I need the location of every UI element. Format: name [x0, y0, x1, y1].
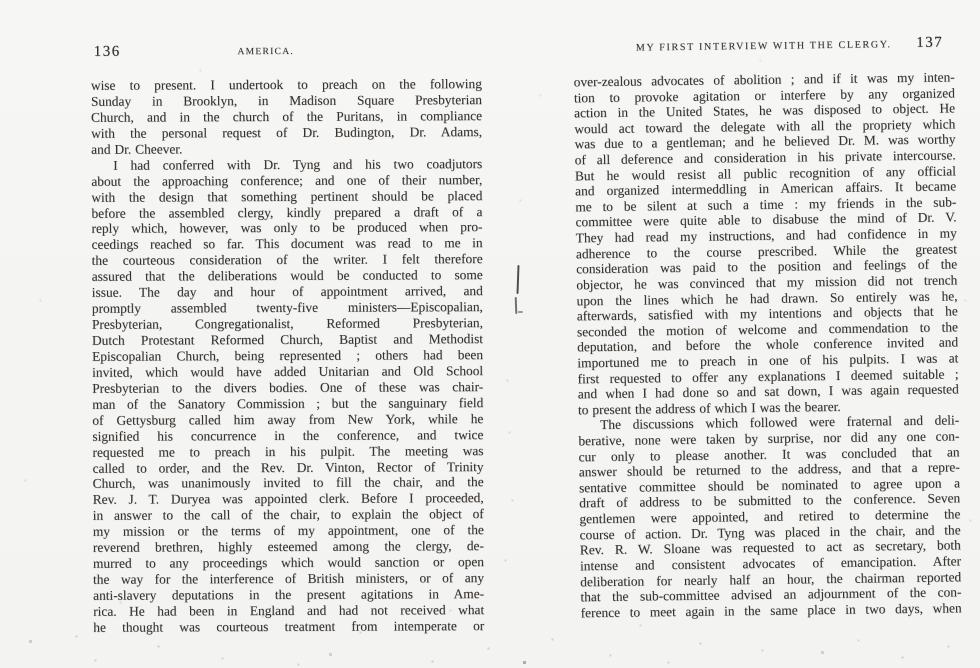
text-line: Presbyterian to the divers bodies. One o…	[92, 379, 483, 397]
text-line: reply which, however, was only to be pro…	[91, 220, 482, 238]
text-line: reverend brethren, highly esteemed among…	[93, 538, 484, 556]
text-line: Episcopalian Church, being represented ;…	[92, 347, 483, 365]
text-line: he thought was courteous treatment from …	[93, 618, 484, 636]
left-running-head: AMERICA.	[92, 46, 440, 58]
text-line: invited, which would have added Unitaria…	[92, 363, 483, 381]
text-line: Church, was unanimously invited to fill …	[93, 475, 484, 493]
text-line: promptly assembled twenty-five ministers…	[92, 299, 483, 317]
gutter-ink-mark	[515, 297, 517, 314]
scan-speckles	[0, 0, 1, 1]
text-line: and Dr. Cheever.	[91, 140, 482, 158]
text-line: Church, and in the church of the Puritan…	[91, 108, 482, 126]
text-line: in answer to the call of the chair, to e…	[93, 506, 484, 524]
text-line: of Gettysburg called him away from New Y…	[92, 411, 483, 429]
text-line: assured that the deliberations would be …	[92, 267, 483, 285]
text-line: rica. He had been in England and had not…	[93, 602, 484, 620]
text-line: Dutch Protestant Reformed Church, Baptis…	[92, 331, 483, 349]
right-page-text: over-zealous advocates of abolition ; an…	[574, 69, 962, 620]
right-page: MY FIRST INTERVIEW WITH THE CLERGY. 137 …	[536, 27, 976, 639]
text-line: the way for the interference of British …	[93, 570, 484, 588]
right-page-number: 137	[916, 35, 943, 52]
text-line: wise to present. I undertook to preach o…	[91, 76, 482, 94]
text-line: called to order, and the Rev. Dr. Vinton…	[93, 459, 484, 477]
text-line: with the design that something pertinent…	[91, 188, 482, 206]
scanned-book-spread: 136 AMERICA. wise to present. I undertoo…	[0, 0, 980, 668]
text-line: Sunday in Brooklyn, in Madison Square Pr…	[91, 92, 482, 110]
text-line: I had conferred with Dr. Tyng and his tw…	[91, 156, 482, 174]
text-line: anti-slavery deputations in the present …	[93, 586, 484, 604]
text-line: ceedings reached so far. This document w…	[92, 235, 483, 253]
text-line: requested me to preach in his pulpit. Th…	[92, 443, 483, 461]
text-line: murred to any proceedings which would sa…	[93, 554, 484, 572]
text-line: Rev. J. T. Duryea was appointed clerk. B…	[93, 490, 484, 508]
text-line: Presbyterian, Congregationalist, Reforme…	[92, 315, 483, 333]
text-line: man of the Sanatory Commission ; but the…	[92, 395, 483, 413]
left-page: 136 AMERICA. wise to present. I undertoo…	[59, 34, 492, 648]
left-page-text: wise to present. I undertook to preach o…	[91, 76, 484, 636]
gutter-ink-mark	[516, 265, 519, 294]
text-line: with the personal request of Dr. Budingt…	[91, 124, 482, 142]
text-line: my mission or the terms of my appointmen…	[93, 522, 484, 540]
text-line: the courteous consideration of the write…	[92, 251, 483, 269]
text-line: before the assembled clergy, kindly prep…	[91, 204, 482, 222]
text-line: about the approaching conference; and on…	[91, 172, 482, 190]
right-running-head: MY FIRST INTERVIEW WITH THE CLERGY.	[573, 38, 954, 54]
text-line: signified his concurrence in the confere…	[92, 427, 483, 445]
text-line: issue. The day and hour of appointment a…	[92, 283, 483, 301]
gutter-ink-mark	[518, 311, 523, 313]
